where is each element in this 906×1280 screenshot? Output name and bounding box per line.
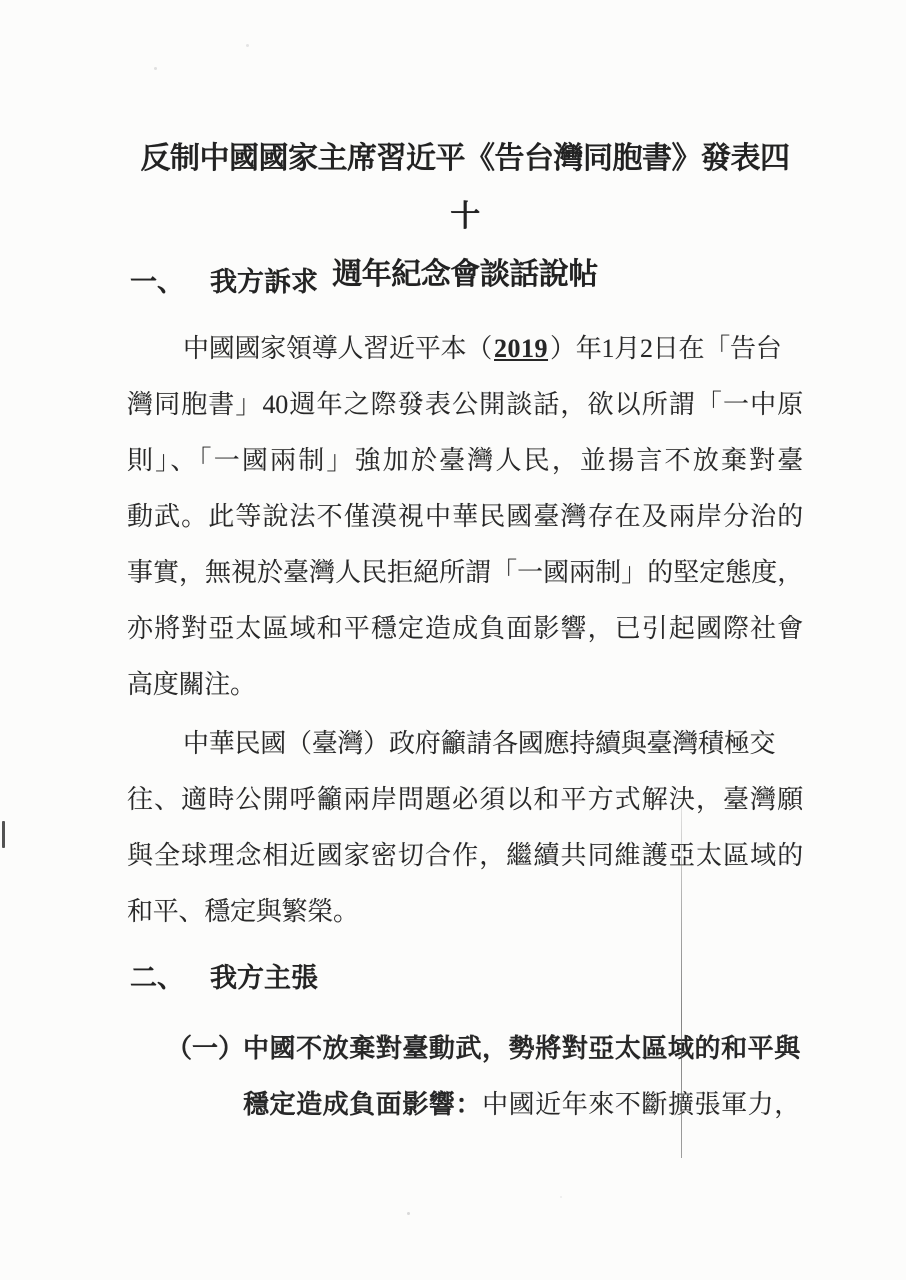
section-1-heading: 一、我方訴求 [130, 254, 318, 310]
text-line: 穩定造成負面影響：中國近年來不斷擴張軍力， [243, 1077, 800, 1133]
text-line: 和平、穩定與繁榮。 [127, 884, 803, 940]
text-line: 往、適時公開呼籲兩岸問題必須以和平方式解決，臺灣願 [127, 772, 803, 828]
section-1-number: 一、 [130, 267, 184, 297]
title-line-1: 反制中國國家主席習近平《告台灣同胞書》發表四十 [127, 130, 803, 246]
text-line: 則」、「一國兩制」強加於臺灣人民，並揚言不放棄對臺 [127, 433, 803, 489]
text-segment: 中國不放棄對臺動武，勢將對亞太區域的和平與 [243, 1034, 800, 1063]
item-1-label: （一） [166, 1021, 244, 1077]
text-line: 與全球理念相近國家密切合作，繼續共同維護亞太區域的 [127, 828, 803, 884]
paragraph-2: 中華民國（臺灣）政府籲請各國應持續與臺灣積極交 往、適時公開呼籲兩岸問題必須以和… [127, 716, 803, 940]
year-highlight: 2019 [492, 334, 550, 363]
text-line: 灣同胞書」40週年之際發表公開談話，欲以所謂「一中原 [127, 377, 803, 433]
text-segment: 穩定造成負面影響： [243, 1090, 482, 1119]
text-segment: 中國國家領導人習近平本（ [183, 334, 492, 363]
text-line: 中華民國（臺灣）政府籲請各國應持續與臺灣積極交 [127, 716, 803, 772]
section-2-heading: 二、我方主張 [130, 950, 318, 1006]
paragraph-2-body: 往、適時公開呼籲兩岸問題必須以和平方式解決，臺灣願與全球理念相近國家密切合作，繼… [127, 772, 803, 884]
text-line: 動武。此等說法不僅漠視中華民國臺灣存在及兩岸分治的 [127, 489, 803, 545]
paragraph-1-body: 灣同胞書」40週年之際發表公開談話，欲以所謂「一中原則」、「一國兩制」強加於臺灣… [127, 377, 803, 657]
text-line: 中國不放棄對臺動武，勢將對亞太區域的和平與 [243, 1021, 800, 1077]
text-line: 亦將對亞太區域和平穩定造成負面影響，已引起國際社會 [127, 601, 803, 657]
scan-speck [246, 44, 249, 47]
text-line: 事實，無視於臺灣人民拒絕所謂「一國兩制」的堅定態度， [127, 545, 803, 601]
section-2-title: 我方主張 [210, 963, 318, 993]
paragraph-1: 中國國家領導人習近平本（2019）年1月2日在「告台 灣同胞書」40週年之際發表… [127, 321, 803, 713]
scan-speck [407, 1212, 410, 1215]
item-1-text: 中國不放棄對臺動武，勢將對亞太區域的和平與 穩定造成負面影響：中國近年來不斷擴張… [243, 1021, 800, 1133]
scanned-document-page: 反制中國國家主席習近平《告台灣同胞書》發表四十 週年紀念會談話說帖 一、我方訴求… [0, 0, 906, 1280]
section-1-title: 我方訴求 [210, 267, 318, 297]
text-segment: ）年1月2日在「告台 [550, 334, 782, 363]
text-segment: 中國近年來不斷擴張軍力， [482, 1090, 800, 1119]
section-2-number: 二、 [130, 963, 184, 993]
text-line: 中國國家領導人習近平本（2019）年1月2日在「告台 [127, 321, 803, 377]
scan-artifact-edge-mark [2, 821, 5, 848]
scan-speck [560, 1196, 562, 1198]
scan-artifact-vertical-line [681, 806, 682, 1158]
scan-speck [154, 67, 157, 70]
text-line: 高度關注。 [127, 657, 803, 713]
